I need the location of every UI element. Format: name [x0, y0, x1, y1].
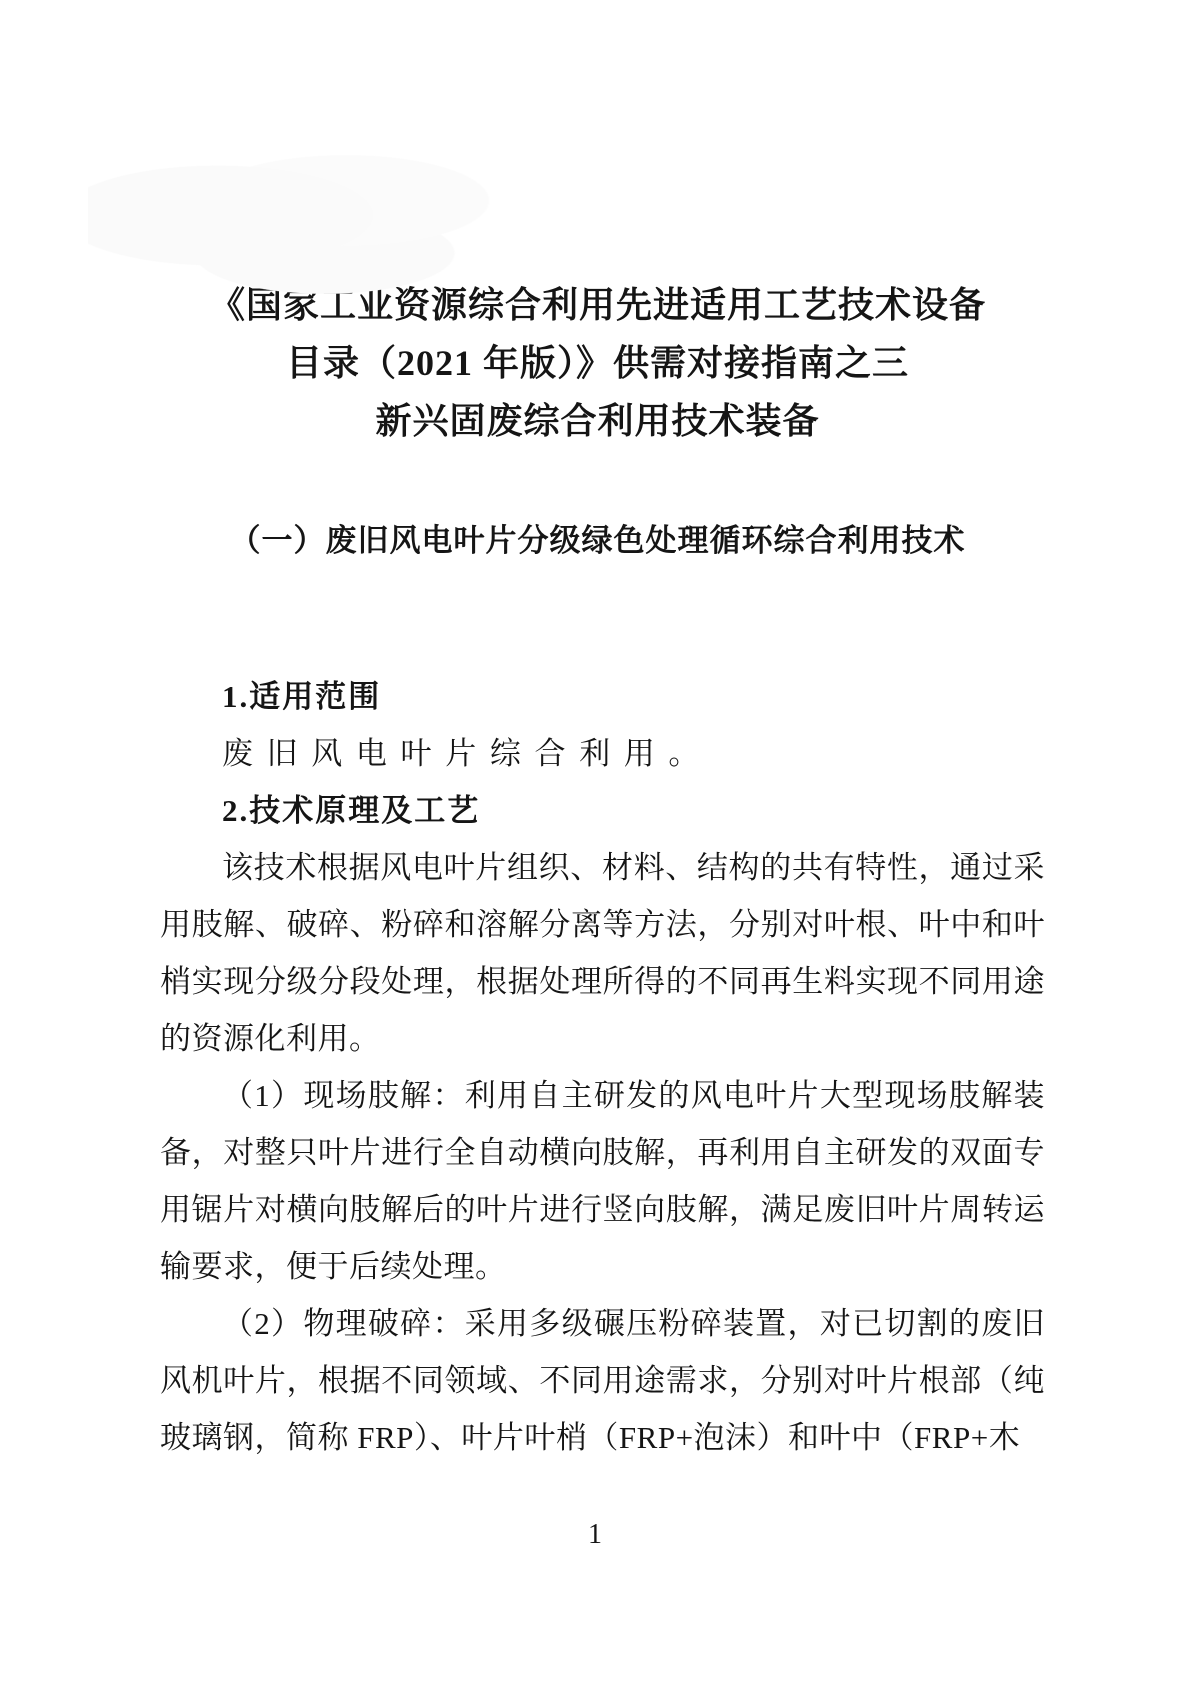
section-heading: （一）废旧风电叶片分级绿色处理循环综合利用技术	[150, 512, 1045, 569]
document-body: 1.适用范围 废旧风电叶片综合利用。 2.技术原理及工艺 该技术根据风电叶片组织…	[160, 668, 1045, 1466]
document-title-line-3: 新兴固废综合利用技术装备	[150, 392, 1045, 450]
subheading-scope: 1.适用范围	[160, 668, 1045, 725]
document-title-line-2: 目录（2021 年版）》供需对接指南之三	[150, 334, 1045, 392]
paragraph-scope: 废旧风电叶片综合利用。	[160, 725, 1045, 782]
document-title-line-1: 《国家工业资源综合利用先进适用工艺技术设备	[150, 276, 1045, 334]
document-page: 《国家工业资源综合利用先进适用工艺技术设备 目录（2021 年版）》供需对接指南…	[0, 0, 1190, 1683]
paragraph-step1-onsite-dismantling: （1）现场肢解：利用自主研发的风电叶片大型现场肢解装备，对整只叶片进行全自动横向…	[160, 1067, 1045, 1295]
paragraph-step2-physical-crushing: （2）物理破碎：采用多级碾压粉碎装置，对已切割的废旧风机叶片，根据不同领域、不同…	[160, 1295, 1045, 1466]
paragraph-principle: 该技术根据风电叶片组织、材料、结构的共有特性，通过采用肢解、破碎、粉碎和溶解分离…	[160, 839, 1045, 1067]
page-number: 1	[0, 1515, 1190, 1555]
document-title: 《国家工业资源综合利用先进适用工艺技术设备 目录（2021 年版）》供需对接指南…	[150, 0, 1045, 450]
subheading-principle: 2.技术原理及工艺	[160, 782, 1045, 839]
